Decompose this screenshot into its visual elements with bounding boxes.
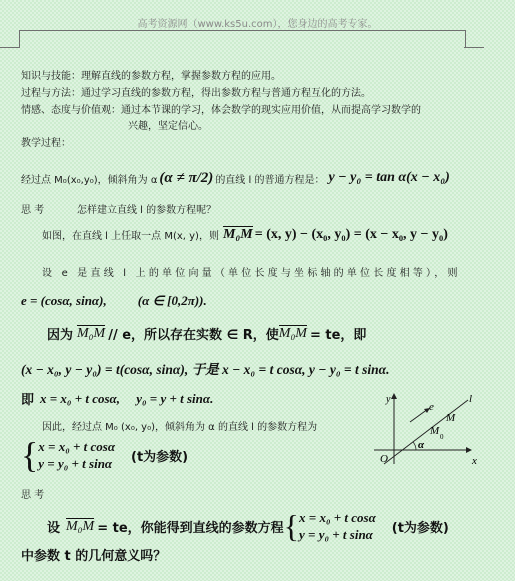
angle-alpha-label: α <box>418 439 425 451</box>
parallel-vec2: M₀M <box>279 325 307 342</box>
final-eq-y: y = y₀ + t sinα <box>299 526 376 543</box>
unit-vector-equation: e = (cosα, sinα), <box>21 293 107 308</box>
parallel-mid2: = te，即 <box>310 324 366 343</box>
conclusion-eq-y: y = y₀ + t sinα <box>38 455 115 472</box>
vector-e-label: e <box>429 401 434 413</box>
unit-vector-range: (α ∈ [0,2π)). <box>138 293 207 308</box>
header-border <box>19 30 466 48</box>
parallel-mid1: // e，所以存在实数 ∈ R，使 <box>108 324 279 343</box>
final-vec: M₀M <box>66 518 94 535</box>
final-prefix: 设 <box>47 517 60 536</box>
point-m0-label: M <box>429 425 440 437</box>
line1-equation: y − y₀ = tan α(x − x₀) <box>328 170 449 186</box>
final-note: (t为参数) <box>392 517 449 536</box>
angle-arc <box>413 442 416 450</box>
y-label: y <box>385 394 391 405</box>
final-mid: = te，你能得到直线的参数方程 <box>97 517 283 536</box>
line1-middle: 的直线 l 的普通方程是： <box>215 171 324 186</box>
conclusion-text: 因此，经过点 M₀ (x₀, y₀)，倾斜角为 α 的直线 l 的参数方程为 <box>42 418 317 433</box>
para-components: (x − x₀, y − y₀) = t(cosα, sinα), 于是 x −… <box>21 358 389 378</box>
unit-vector-e <box>410 409 428 422</box>
header-border-right <box>464 47 484 48</box>
vector-m0m: M₀M <box>223 226 253 243</box>
line-l-label: l <box>469 393 472 405</box>
para-vector-text: 如图，在直线 l 上任取一点 M(x, y)，则 <box>42 227 219 242</box>
point-m0-subscript: 0 <box>440 433 444 441</box>
para-parallel: 因为 M₀M // e，所以存在实数 ∈ R，使 M₀M = te，即 <box>47 324 366 343</box>
think1-question: 怎样建立直线 l 的参数方程呢？ <box>77 201 216 216</box>
parallel-prefix: 因为 <box>47 324 73 343</box>
objective-process: 过程与方法：通过学习直线的参数方程，得出参数方程与普通方程互化的方法。 <box>21 84 371 99</box>
objective-attitude: 情感、态度与价值观：通过本节课的学习，体会数学的现实应用价值，从而提高学习数学的 <box>21 101 421 116</box>
brace-icon: { <box>21 437 38 473</box>
y-axis-arrow-icon <box>391 393 397 399</box>
x-label: x <box>471 455 477 467</box>
conclusion-eq-x: x = x₀ + t cosα <box>38 438 115 455</box>
para-vector-equation: = (x, y) − (x₀, y₀) = (x − x₀, y − y₀) <box>255 227 448 243</box>
line1-condition: (α ≠ π/2) <box>159 170 213 187</box>
line1-prefix: 经过点 M₀(x₀,y₀)，倾斜角为 α <box>21 171 157 186</box>
line-general-equation: 经过点 M₀(x₀,y₀)，倾斜角为 α (α ≠ π/2) 的直线 l 的普通… <box>21 158 450 198</box>
think2-label: 思 考 <box>21 486 44 501</box>
para-result: 即 x = x₀ + t cosα, y₀ = y + t sinα. <box>21 389 213 408</box>
objective-knowledge: 知识与技能：理解直线的参数方程，掌握参数方程的应用。 <box>21 67 281 82</box>
conclusion-note: (t为参数) <box>131 446 188 465</box>
coordinate-figure: y x O l e M M 0 α <box>372 388 482 468</box>
para-vector: 如图，在直线 l 上任取一点 M(x, y)，则 M₀M = (x, y) − … <box>42 226 448 243</box>
header-border-left <box>0 47 20 48</box>
objective-attitude-cont: 兴趣，坚定信心。 <box>128 117 208 132</box>
result-equation: x = x₀ + t cosα, y₀ = y + t sinα. <box>40 391 213 407</box>
result-prefix: 即 <box>21 389 34 408</box>
origin-label: O <box>380 453 388 465</box>
final-line2: 中参数 t 的几何意义吗？ <box>21 545 166 564</box>
point-m-label: M <box>445 412 456 424</box>
think1-label: 思 考 <box>21 201 44 216</box>
x-axis-arrow-icon <box>466 447 472 453</box>
final-eq-x: x = x₀ + t cosα <box>299 509 376 526</box>
page-header: 高考资源网（www.ks5u.com），您身边的高考专家。 <box>0 15 515 30</box>
parallel-vec: M₀M <box>77 325 105 342</box>
final-question: 设 M₀M = te，你能得到直线的参数方程 { x = x₀ + t cosα… <box>47 508 449 544</box>
conclusion-system: { x = x₀ + t cosα y = y₀ + t sinα (t为参数) <box>21 437 188 473</box>
para-unit-eq: e = (cosα, sinα), (α ∈ [0,2π)). <box>21 290 207 309</box>
process-title: 教学过程： <box>21 134 71 149</box>
para-unit-text: 设 e 是直线 l 上的单位向量（单位长度与坐标轴的单位长度相等），则 <box>42 264 461 279</box>
brace-icon: { <box>284 508 299 544</box>
